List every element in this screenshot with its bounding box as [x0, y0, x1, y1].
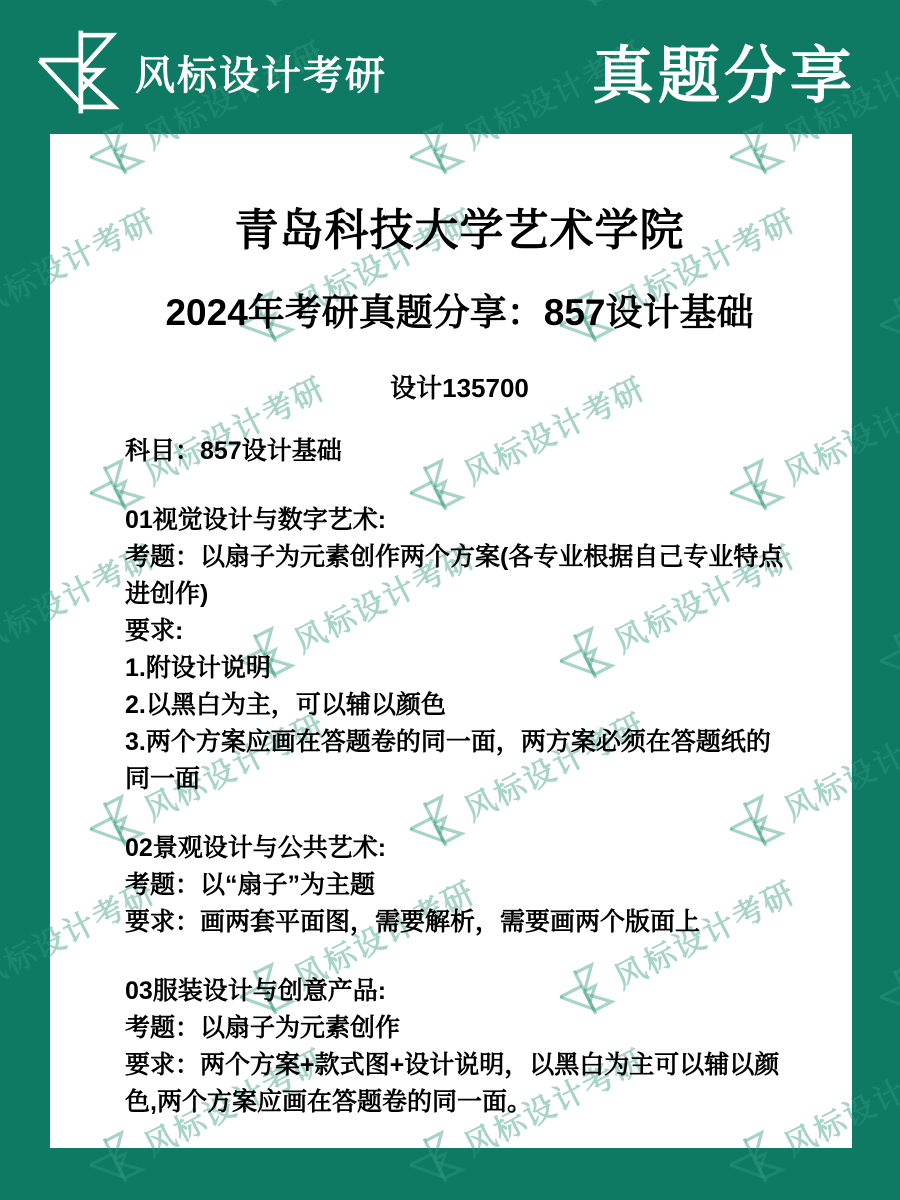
section-heading: 03服装设计与创意产品:: [125, 973, 794, 1010]
section-line: 要求:: [125, 613, 794, 650]
section-heading: 02景观设计与公共艺术:: [125, 830, 794, 867]
exam-subtitle: 2024年考研真题分享：857设计基础: [125, 282, 794, 336]
subject-line: 科目：857设计基础: [125, 433, 794, 470]
fengbiao-logo-icon: [33, 26, 125, 118]
section-line: 考题：以“扇子”为主题: [125, 867, 794, 904]
page: 风标设计考研风标设计考研风标设计考研风标设计考研风标设计考研风标设计考研风标设计…: [0, 0, 900, 1200]
section-line: 考题：以扇子为元素创作两个方案(各专业根据自己专业特点进创作): [125, 539, 794, 613]
university-title: 青岛科技大学艺术学院: [125, 194, 794, 258]
exam-section-1: 01视觉设计与数字艺术:考题：以扇子为元素创作两个方案(各专业根据自己专业特点进…: [125, 502, 794, 798]
brand-logo: 风标设计考研: [33, 26, 387, 118]
program-code: 设计135700: [125, 368, 794, 405]
section-line: 1.附设计说明: [125, 650, 794, 687]
exam-sections: 01视觉设计与数字艺术:考题：以扇子为元素创作两个方案(各专业根据自己专业特点进…: [125, 502, 794, 1121]
section-line: 考题：以扇子为元素创作: [125, 1010, 794, 1047]
exam-section-2: 02景观设计与公共艺术:考题：以“扇子”为主题要求：画两套平面图，需要解析，需要…: [125, 830, 794, 941]
brand-watermark: 风标设计考研: [868, 863, 900, 1029]
fengbiao-logo-icon: [868, 620, 900, 693]
brand-watermark: 风标设计考研: [868, 527, 900, 693]
brand-watermark: 风标设计考研: [868, 191, 900, 357]
true-topic-share-badge: 真题分享: [592, 26, 856, 115]
fengbiao-logo-icon: [868, 284, 900, 357]
section-line: 要求：画两套平面图，需要解析，需要画两个版面上: [125, 904, 794, 941]
brand-name: 风标设计考研: [135, 44, 387, 101]
fengbiao-logo-icon: [868, 956, 900, 1029]
section-line: 3.两个方案应画在答题卷的同一面，两方案必须在答题纸的同一面: [125, 724, 794, 798]
section-heading: 01视觉设计与数字艺术:: [125, 502, 794, 539]
section-line: 要求：两个方案+款式图+设计说明，以黑白为主可以辅以颜色,两个方案应画在答题卷的…: [125, 1047, 794, 1121]
exam-card: 青岛科技大学艺术学院 2024年考研真题分享：857设计基础 设计135700 …: [50, 134, 852, 1148]
section-line: 2.以黑白为主，可以辅以颜色: [125, 687, 794, 724]
header: 风标设计考研 真题分享: [0, 0, 900, 134]
exam-section-3: 03服装设计与创意产品:考题：以扇子为元素创作要求：两个方案+款式图+设计说明，…: [125, 973, 794, 1121]
